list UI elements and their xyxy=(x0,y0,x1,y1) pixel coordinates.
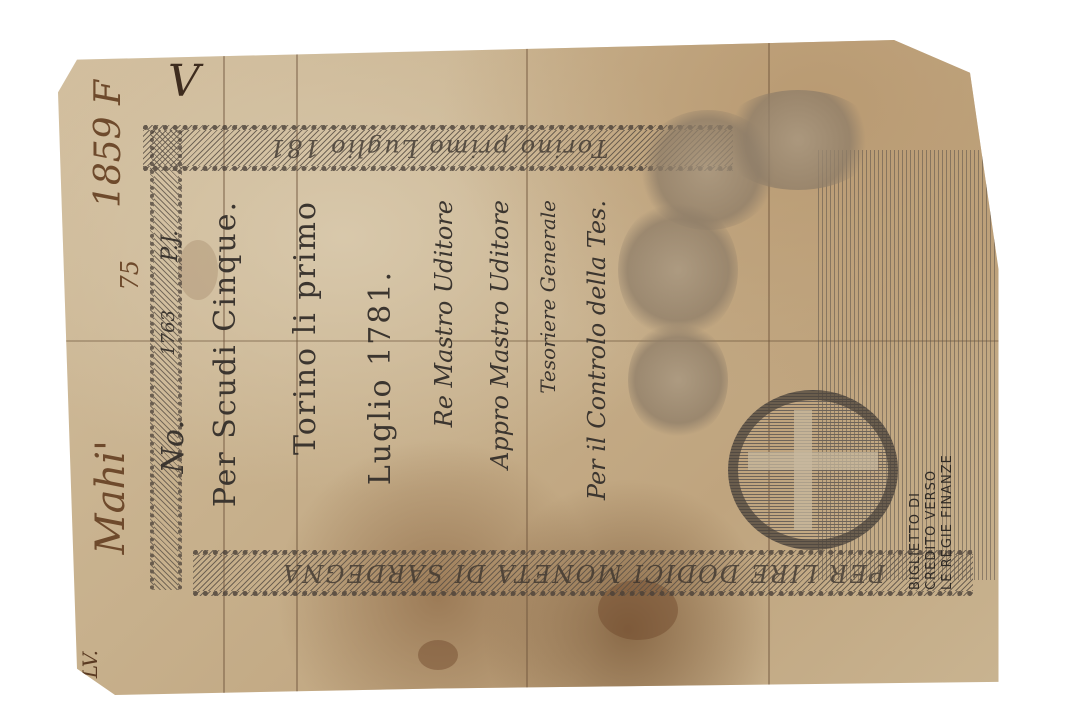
series-code: P.J. xyxy=(158,230,183,261)
serial-label: No. xyxy=(156,420,191,473)
denomination-text: Per Scudi Cinque. xyxy=(208,200,243,507)
place-text: Torino li primo xyxy=(288,200,323,455)
series-letter: V xyxy=(168,56,200,107)
savoy-cross xyxy=(794,410,812,530)
handwritten-signature: Mahi' xyxy=(88,440,134,554)
serial-number: 1763 xyxy=(158,310,179,356)
signature-line-1: Re Mastro Uditore xyxy=(430,200,458,427)
handwritten-number: 1859 F xyxy=(88,80,129,208)
banknote: Torino primo Luglio 181 PER LIRE DODICI … xyxy=(58,40,1008,695)
coat-of-arms-shield xyxy=(728,390,898,550)
signature-line-3: Tesoriere Generale xyxy=(536,200,560,394)
vignette-inscription: BIGLIETTO DI CREDITO VERSO LE REGIE FINA… xyxy=(908,420,988,590)
signature-line-2: Appro Mastro Uditore xyxy=(486,200,514,469)
date-text: Luglio 1781. xyxy=(363,270,398,485)
handwritten-corner-mark: LV. xyxy=(78,650,102,678)
cloud-engraving xyxy=(628,320,728,440)
handwritten-mark: 75 xyxy=(116,260,144,291)
left-border-band xyxy=(150,130,182,590)
cloud-engraving xyxy=(618,200,738,340)
cloud-engraving xyxy=(718,90,878,190)
vignette: BIGLIETTO DI CREDITO VERSO LE REGIE FINA… xyxy=(618,90,1008,590)
signature-line-4: Per il Controlo della Tes. xyxy=(583,200,611,500)
savoy-cross xyxy=(748,452,878,470)
stain xyxy=(418,640,458,670)
